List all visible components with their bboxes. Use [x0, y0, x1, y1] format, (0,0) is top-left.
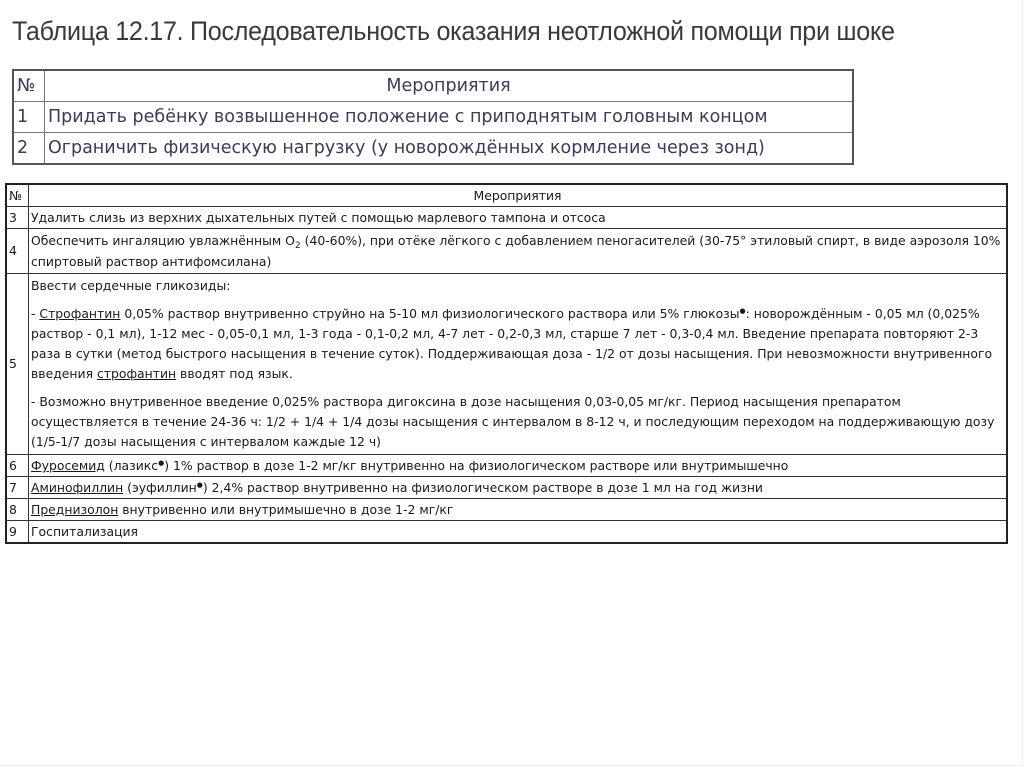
page-title: Таблица 12.17. Последовательность оказан… [12, 16, 895, 47]
column-header-measures: Мероприятия [29, 184, 1008, 207]
row-intro: Ввести сердечные гликозиды: [31, 276, 1004, 296]
measures-table-top: № Мероприятия 1 Придать ребёнку возвышен… [12, 69, 854, 165]
row-text: Госпитализация [29, 521, 1008, 544]
drug-link-prednisolone[interactable]: Преднизолон [31, 502, 118, 517]
row-number: 1 [13, 102, 45, 133]
row-number: 7 [6, 477, 29, 499]
table-row: 8 Преднизолон внутривенно или внутримыше… [6, 499, 1007, 521]
table-row: 7 Аминофиллин (эуфиллин●) 2,4% раствор в… [6, 477, 1007, 499]
row-text: Придать ребёнку возвышенное положение с … [45, 102, 854, 133]
row-number: 4 [6, 229, 29, 274]
table-row: 2 Ограничить физическую нагрузку (у ново… [13, 133, 853, 165]
table-row: 1 Придать ребёнку возвышенное положение … [13, 102, 853, 133]
drug-link-strophanthin[interactable]: Строфантин [39, 306, 120, 321]
row-number: 8 [6, 499, 29, 521]
row-number: 9 [6, 521, 29, 544]
measures-table-bottom: № Мероприятия 3 Удалить слизь из верхних… [5, 183, 1008, 544]
row-number: 5 [6, 274, 29, 455]
table-row: 9 Госпитализация [6, 521, 1007, 544]
drug-link-strophanthin-2[interactable]: строфантин [97, 366, 176, 381]
column-header-number: № [13, 70, 45, 102]
digoxin-paragraph: - Возможно внутривенное введение 0,025% … [31, 392, 1004, 452]
table-row: 6 Фуросемид (лазикс●) 1% раствор в дозе … [6, 455, 1007, 477]
drug-link-aminophylline[interactable]: Аминофиллин [31, 480, 123, 495]
row-text: Фуросемид (лазикс●) 1% раствор в дозе 1-… [29, 455, 1008, 477]
row-number: 6 [6, 455, 29, 477]
row-text: Удалить слизь из верхних дыхательных пут… [29, 207, 1008, 229]
table-header-row: № Мероприятия [6, 184, 1007, 207]
row-number: 2 [13, 133, 45, 165]
table-header-row: № Мероприятия [13, 70, 853, 102]
table-row: 5 Ввести сердечные гликозиды: - Строфант… [6, 274, 1007, 455]
row-text: Обеспечить ингаляцию увлажнённым O2 (40-… [29, 229, 1008, 274]
column-header-number: № [6, 184, 29, 207]
row-text: Преднизолон внутривенно или внутримышечн… [29, 499, 1008, 521]
row-number: 3 [6, 207, 29, 229]
table-row: 4 Обеспечить ингаляцию увлажнённым O2 (4… [6, 229, 1007, 274]
row-text: Аминофиллин (эуфиллин●) 2,4% раствор вну… [29, 477, 1008, 499]
row-text: Ограничить физическую нагрузку (у новоро… [45, 133, 854, 165]
drug-link-furosemide[interactable]: Фуросемид [31, 458, 105, 473]
column-header-measures: Мероприятия [45, 70, 854, 102]
table-row: 3 Удалить слизь из верхних дыхательных п… [6, 207, 1007, 229]
strophanthin-paragraph: - Строфантин 0,05% раствор внутривенно с… [31, 304, 1004, 384]
row-text: Ввести сердечные гликозиды: - Строфантин… [29, 274, 1008, 455]
